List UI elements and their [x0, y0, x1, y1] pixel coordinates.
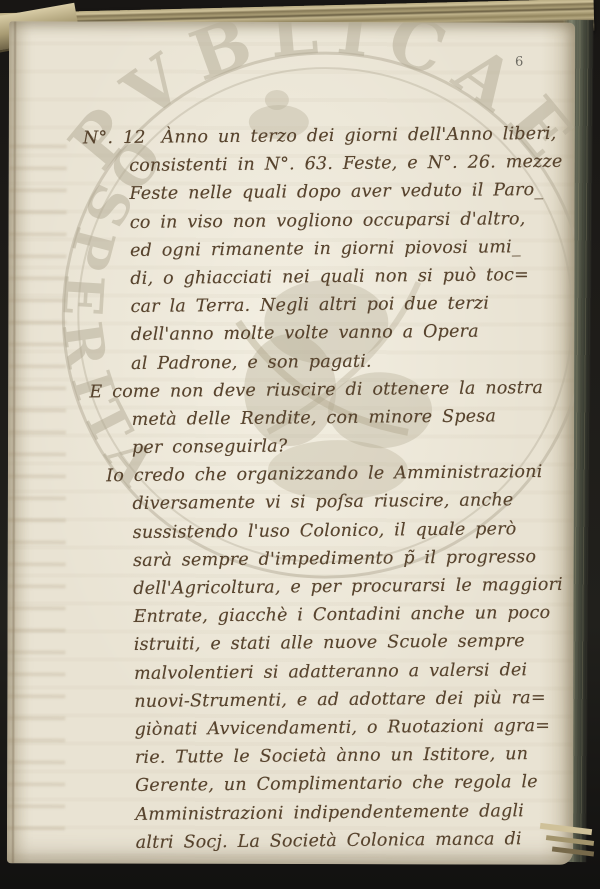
- line-text: dell'anno molte volte vanno a Opera: [131, 322, 479, 345]
- line-text: istruiti, e stati alle nuove Scuole semp…: [134, 632, 525, 656]
- line-text: co in viso non vogliono occuparsi d'altr…: [130, 209, 526, 233]
- line-text: per conseguirla?: [132, 437, 288, 458]
- line-text: al Padrone, e son pagati.: [131, 351, 372, 373]
- line-text: Entrate, giacchè i Contadini anche un po…: [133, 603, 550, 627]
- line-text: di, o ghiacciati nei quali non si può to…: [130, 265, 529, 289]
- page-number: 6: [515, 55, 524, 70]
- line-text: Gerente, un Complimentario che regola le: [135, 772, 538, 796]
- line-text: Feste nelle quali dopo aver veduto il Pa…: [129, 180, 543, 204]
- handwritten-text-block: N°. 12Ànno un terzo dei giorni dell'Anno…: [9, 119, 575, 858]
- line-text: sussistendo l'uso Colonico, il quale per…: [133, 519, 517, 543]
- line-text: consistenti in N°. 63. Feste, e N°. 26. …: [129, 152, 563, 176]
- line-text: malvolentieri si adatteranno a valersi d…: [134, 660, 527, 684]
- line-text: diversamente vi si poſsa riuscire, anche: [132, 491, 513, 515]
- line-text: ed ogni rimanente in giorni piovosi umi_: [130, 237, 521, 261]
- manuscript-line: altri Socj. La Società Colonica manca di: [16, 824, 576, 858]
- line-text: dell'Agricoltura, e per procurarsi le ma…: [133, 575, 563, 599]
- line-text: altri Socj. La Società Colonica manca di: [136, 829, 522, 853]
- manuscript-line: di, o ghiacciati nei quali non si può to…: [10, 260, 575, 294]
- manuscript-line: Gerente, un Complimentario che regola le: [15, 768, 575, 802]
- line-text: Io credo che organizzando le Amministraz…: [106, 462, 543, 486]
- line-text: car la Terra. Negli altri poi due terzi: [130, 294, 489, 317]
- line-text: sarà sempre d'impedimento p̃ il progress…: [133, 547, 536, 571]
- line-text: Ànno un terzo dei giorni dell'Anno liber…: [162, 124, 557, 148]
- scanned-manuscript-view: PVBLICAE OSPERITA 6 N°. 12Ànno un terzo …: [0, 0, 600, 889]
- margin-entry-label: N°. 12: [83, 128, 146, 149]
- line-text: rie. Tutte le Società ànno un Istitore, …: [135, 744, 528, 768]
- line-text: nuovi-Strumenti, e ad adottare dei più r…: [134, 688, 546, 712]
- line-text: Amministrazioni indipendentemente dagli: [135, 801, 524, 825]
- manuscript-page: PVBLICAE OSPERITA 6 N°. 12Ànno un terzo …: [7, 21, 575, 864]
- line-text: metà delle Rendite, con minore Spesa: [132, 406, 497, 429]
- line-text: E come non deve riuscire di ottenere la …: [89, 378, 543, 402]
- line-text: giònati Avvicendamenti, o Ruotazioni agr…: [135, 716, 551, 740]
- manuscript-line: metà delle Rendite, con minore Spesa: [12, 401, 576, 435]
